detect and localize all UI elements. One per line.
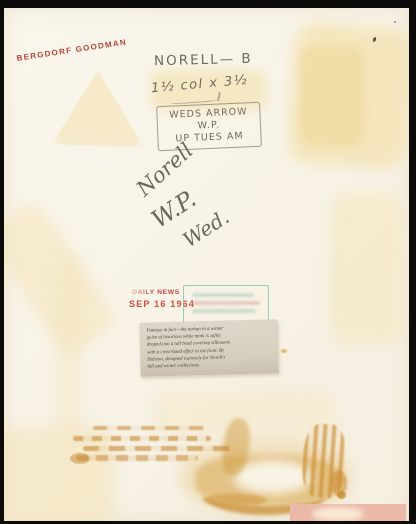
glue-streak-1: [93, 426, 205, 430]
faint-teal-stamp: [183, 285, 269, 323]
glue-stain-tail: [203, 494, 267, 506]
faint-stamp-line-1: [192, 293, 254, 297]
photo-paper: BERGDORF GOODMAN DAILY NEWS SEP 16 1964 …: [4, 8, 409, 521]
pink-label-residue: [290, 504, 406, 521]
glue-streak-blob: [70, 453, 90, 464]
faint-stamp-line-3: [192, 309, 256, 313]
ink-speck: [372, 37, 377, 43]
daily-news-stamp: DAILY NEWS: [132, 289, 180, 296]
photo-back-scan: BERGDORF GOODMAN DAILY NEWS SEP 16 1964 …: [0, 0, 416, 524]
newspaper-clipping: Fantasy in furs—the turban in a winter g…: [139, 319, 278, 377]
stain-yellow-mid-left-band: [56, 258, 82, 438]
stain-yellow-triangle: [52, 70, 144, 148]
pencil-note-box: WEDS ARROW W.P. UP TUES AM: [156, 102, 262, 151]
faint-stamp-line-2: [192, 301, 260, 305]
glue-streak-4: [76, 455, 198, 461]
stain-yellow-top-right: [286, 22, 409, 170]
pencil-tick: [217, 92, 220, 101]
amber-speck: [281, 349, 287, 353]
stain-yellow-bottom-left: [4, 428, 114, 521]
pencil-title: NORELL— B: [154, 51, 253, 70]
ink-speck-small: [394, 21, 396, 23]
stain-yellow-top-right-core: [300, 46, 364, 146]
glue-stain-dot: [337, 491, 346, 499]
glue-streak-2: [73, 436, 211, 441]
stain-yellow-right-band: [330, 194, 402, 344]
stain-yellow-left-diagonal: [4, 198, 119, 358]
pink-label-highlight: [312, 507, 364, 521]
bergdorf-goodman-stamp: BERGDORF GOODMAN: [16, 38, 128, 63]
glue-streak-3: [83, 446, 231, 451]
pencil-size-note: 1½ col x 3½: [151, 73, 249, 96]
